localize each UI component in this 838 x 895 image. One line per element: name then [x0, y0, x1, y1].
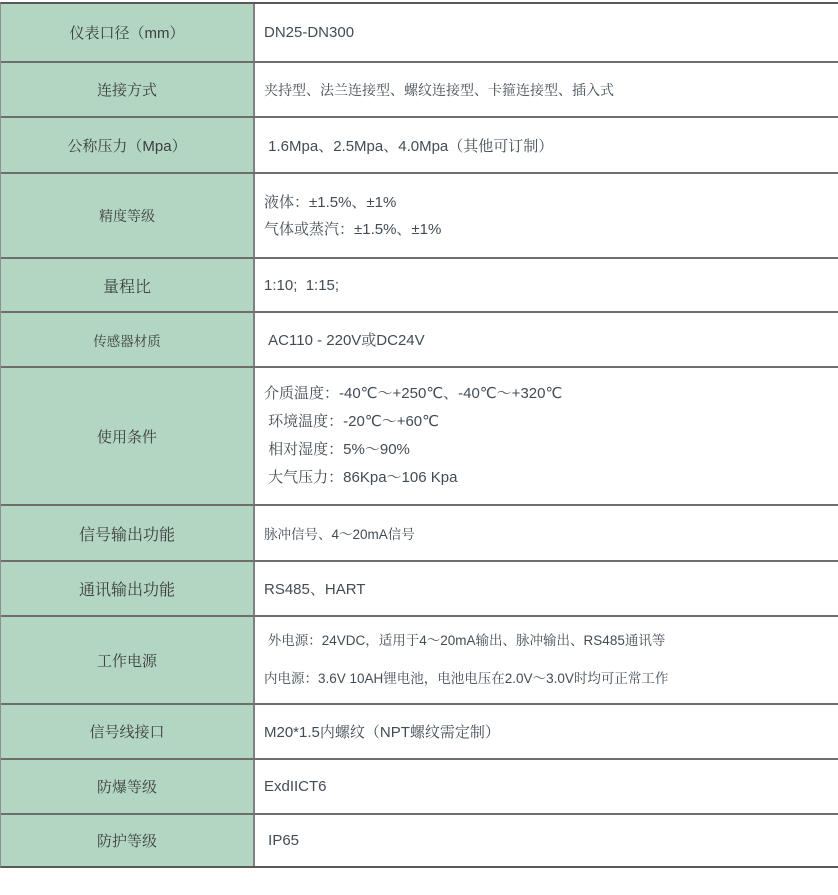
- spec-label: 仪表口径（mm）: [70, 22, 185, 43]
- spec-value-line: RS485、HART: [264, 578, 828, 599]
- spec-label-cell: 精度等级: [1, 174, 255, 257]
- spec-value-line: DN25-DN300: [264, 24, 828, 41]
- spec-value-cell: 液体：±1.5%、±1%气体或蒸汽：±1.5%、±1%: [255, 174, 838, 257]
- spec-value-line: 内电源：3.6V 10AH锂电池，电池电压在2.0V～3.0V时均可正常工作: [264, 660, 828, 698]
- spec-row: 防爆等级 ExdIICT6: [1, 758, 838, 813]
- spec-row: 仪表口径（mm） DN25-DN300: [1, 4, 838, 61]
- spec-label-cell: 工作电源: [1, 617, 255, 703]
- spec-label-cell: 公称压力（Mpa）: [1, 118, 255, 172]
- spec-label: 传感器材质: [93, 330, 161, 350]
- spec-label: 信号输出功能: [79, 522, 175, 545]
- spec-value-line: ExdIICT6: [264, 778, 828, 795]
- spec-value-line: IP65: [264, 832, 828, 849]
- spec-value-cell: IP65: [255, 815, 838, 866]
- spec-label: 通讯输出功能: [79, 577, 175, 600]
- spec-value-cell: M20*1.5内螺纹（NPT螺纹需定制）: [255, 705, 838, 758]
- spec-row: 防护等级 IP65: [1, 813, 838, 866]
- spec-value-line: 介质温度：-40℃～+250℃、-40℃～+320℃: [264, 380, 828, 408]
- spec-label: 信号线接口: [89, 721, 164, 742]
- spec-value-cell: 夹持型、法兰连接型、螺纹连接型、卡箍连接型、插入式: [255, 63, 838, 116]
- spec-value-cell: RS485、HART: [255, 562, 838, 615]
- spec-row: 使用条件 介质温度：-40℃～+250℃、-40℃～+320℃ 环境温度：-20…: [1, 366, 838, 504]
- spec-value-line: M20*1.5内螺纹（NPT螺纹需定制）: [264, 721, 828, 742]
- spec-label-cell: 信号线接口: [1, 705, 255, 758]
- spec-label-cell: 量程比: [1, 259, 255, 311]
- spec-row: 工作电源 外电源：24VDC，适用于4～20mA输出、脉冲输出、RS485通讯等…: [1, 615, 838, 703]
- spec-label: 连接方式: [97, 79, 157, 100]
- spec-label-cell: 防护等级: [1, 815, 255, 866]
- spec-value-line: 1:10; 1:15;: [264, 277, 828, 294]
- spec-value-cell: 1.6Mpa、2.5Mpa、4.0Mpa（其他可订制）: [255, 118, 838, 172]
- spec-value-cell: ExdIICT6: [255, 760, 838, 813]
- spec-label: 精度等级: [99, 206, 155, 226]
- spec-label-cell: 使用条件: [1, 368, 255, 504]
- spec-value-cell: 脉冲信号、4～20mA信号: [255, 506, 838, 560]
- spec-row: 公称压力（Mpa） 1.6Mpa、2.5Mpa、4.0Mpa（其他可订制）: [1, 116, 838, 172]
- spec-row: 精度等级 液体：±1.5%、±1%气体或蒸汽：±1.5%、±1%: [1, 172, 838, 257]
- spec-row: 传感器材质 AC110 - 220V或DC24V: [1, 311, 838, 366]
- page: 仪表口径（mm） DN25-DN300 连接方式 夹持型、法兰连接型、螺纹连接型…: [0, 0, 838, 895]
- spec-row: 信号线接口 M20*1.5内螺纹（NPT螺纹需定制）: [1, 703, 838, 758]
- spec-label-cell: 仪表口径（mm）: [1, 4, 255, 61]
- spec-value-cell: 介质温度：-40℃～+250℃、-40℃～+320℃ 环境温度：-20℃～+60…: [255, 368, 838, 504]
- spec-row: 通讯输出功能 RS485、HART: [1, 560, 838, 615]
- spec-value-cell: 外电源：24VDC，适用于4～20mA输出、脉冲输出、RS485通讯等内电源：3…: [255, 617, 838, 703]
- spec-row: 量程比 1:10; 1:15;: [1, 257, 838, 311]
- spec-value-line: 环境温度：-20℃～+60℃: [264, 408, 828, 436]
- spec-value-line: 脉冲信号、4～20mA信号: [264, 523, 828, 543]
- spec-value-cell: AC110 - 220V或DC24V: [255, 313, 838, 366]
- spec-table: 仪表口径（mm） DN25-DN300 连接方式 夹持型、法兰连接型、螺纹连接型…: [0, 2, 838, 868]
- spec-label-cell: 信号输出功能: [1, 506, 255, 560]
- spec-label: 公称压力（Mpa）: [67, 135, 186, 156]
- spec-value-line: 气体或蒸汽：±1.5%、±1%: [264, 216, 828, 243]
- spec-value-line: 夹持型、法兰连接型、螺纹连接型、卡箍连接型、插入式: [264, 80, 828, 100]
- spec-value-line: 外电源：24VDC，适用于4～20mA输出、脉冲输出、RS485通讯等: [264, 622, 828, 660]
- spec-row: 信号输出功能 脉冲信号、4～20mA信号: [1, 504, 838, 560]
- spec-value-line: 1.6Mpa、2.5Mpa、4.0Mpa（其他可订制）: [264, 135, 828, 156]
- spec-value-line: AC110 - 220V或DC24V: [264, 329, 828, 350]
- spec-value-cell: DN25-DN300: [255, 4, 838, 61]
- spec-value-cell: 1:10; 1:15;: [255, 259, 838, 311]
- spec-label: 防护等级: [97, 830, 157, 851]
- spec-label: 量程比: [103, 274, 151, 297]
- spec-label: 防爆等级: [97, 776, 157, 797]
- spec-label-cell: 通讯输出功能: [1, 562, 255, 615]
- spec-label-cell: 连接方式: [1, 63, 255, 116]
- spec-label: 使用条件: [97, 426, 157, 447]
- spec-value-line: 相对湿度：5%～90%: [264, 436, 828, 464]
- spec-value-line: 大气压力：86Kpa～106 Kpa: [264, 464, 828, 492]
- spec-label: 工作电源: [97, 650, 157, 671]
- spec-label-cell: 传感器材质: [1, 313, 255, 366]
- spec-value-line: 液体：±1.5%、±1%: [264, 189, 828, 216]
- spec-label-cell: 防爆等级: [1, 760, 255, 813]
- spec-row: 连接方式 夹持型、法兰连接型、螺纹连接型、卡箍连接型、插入式: [1, 61, 838, 116]
